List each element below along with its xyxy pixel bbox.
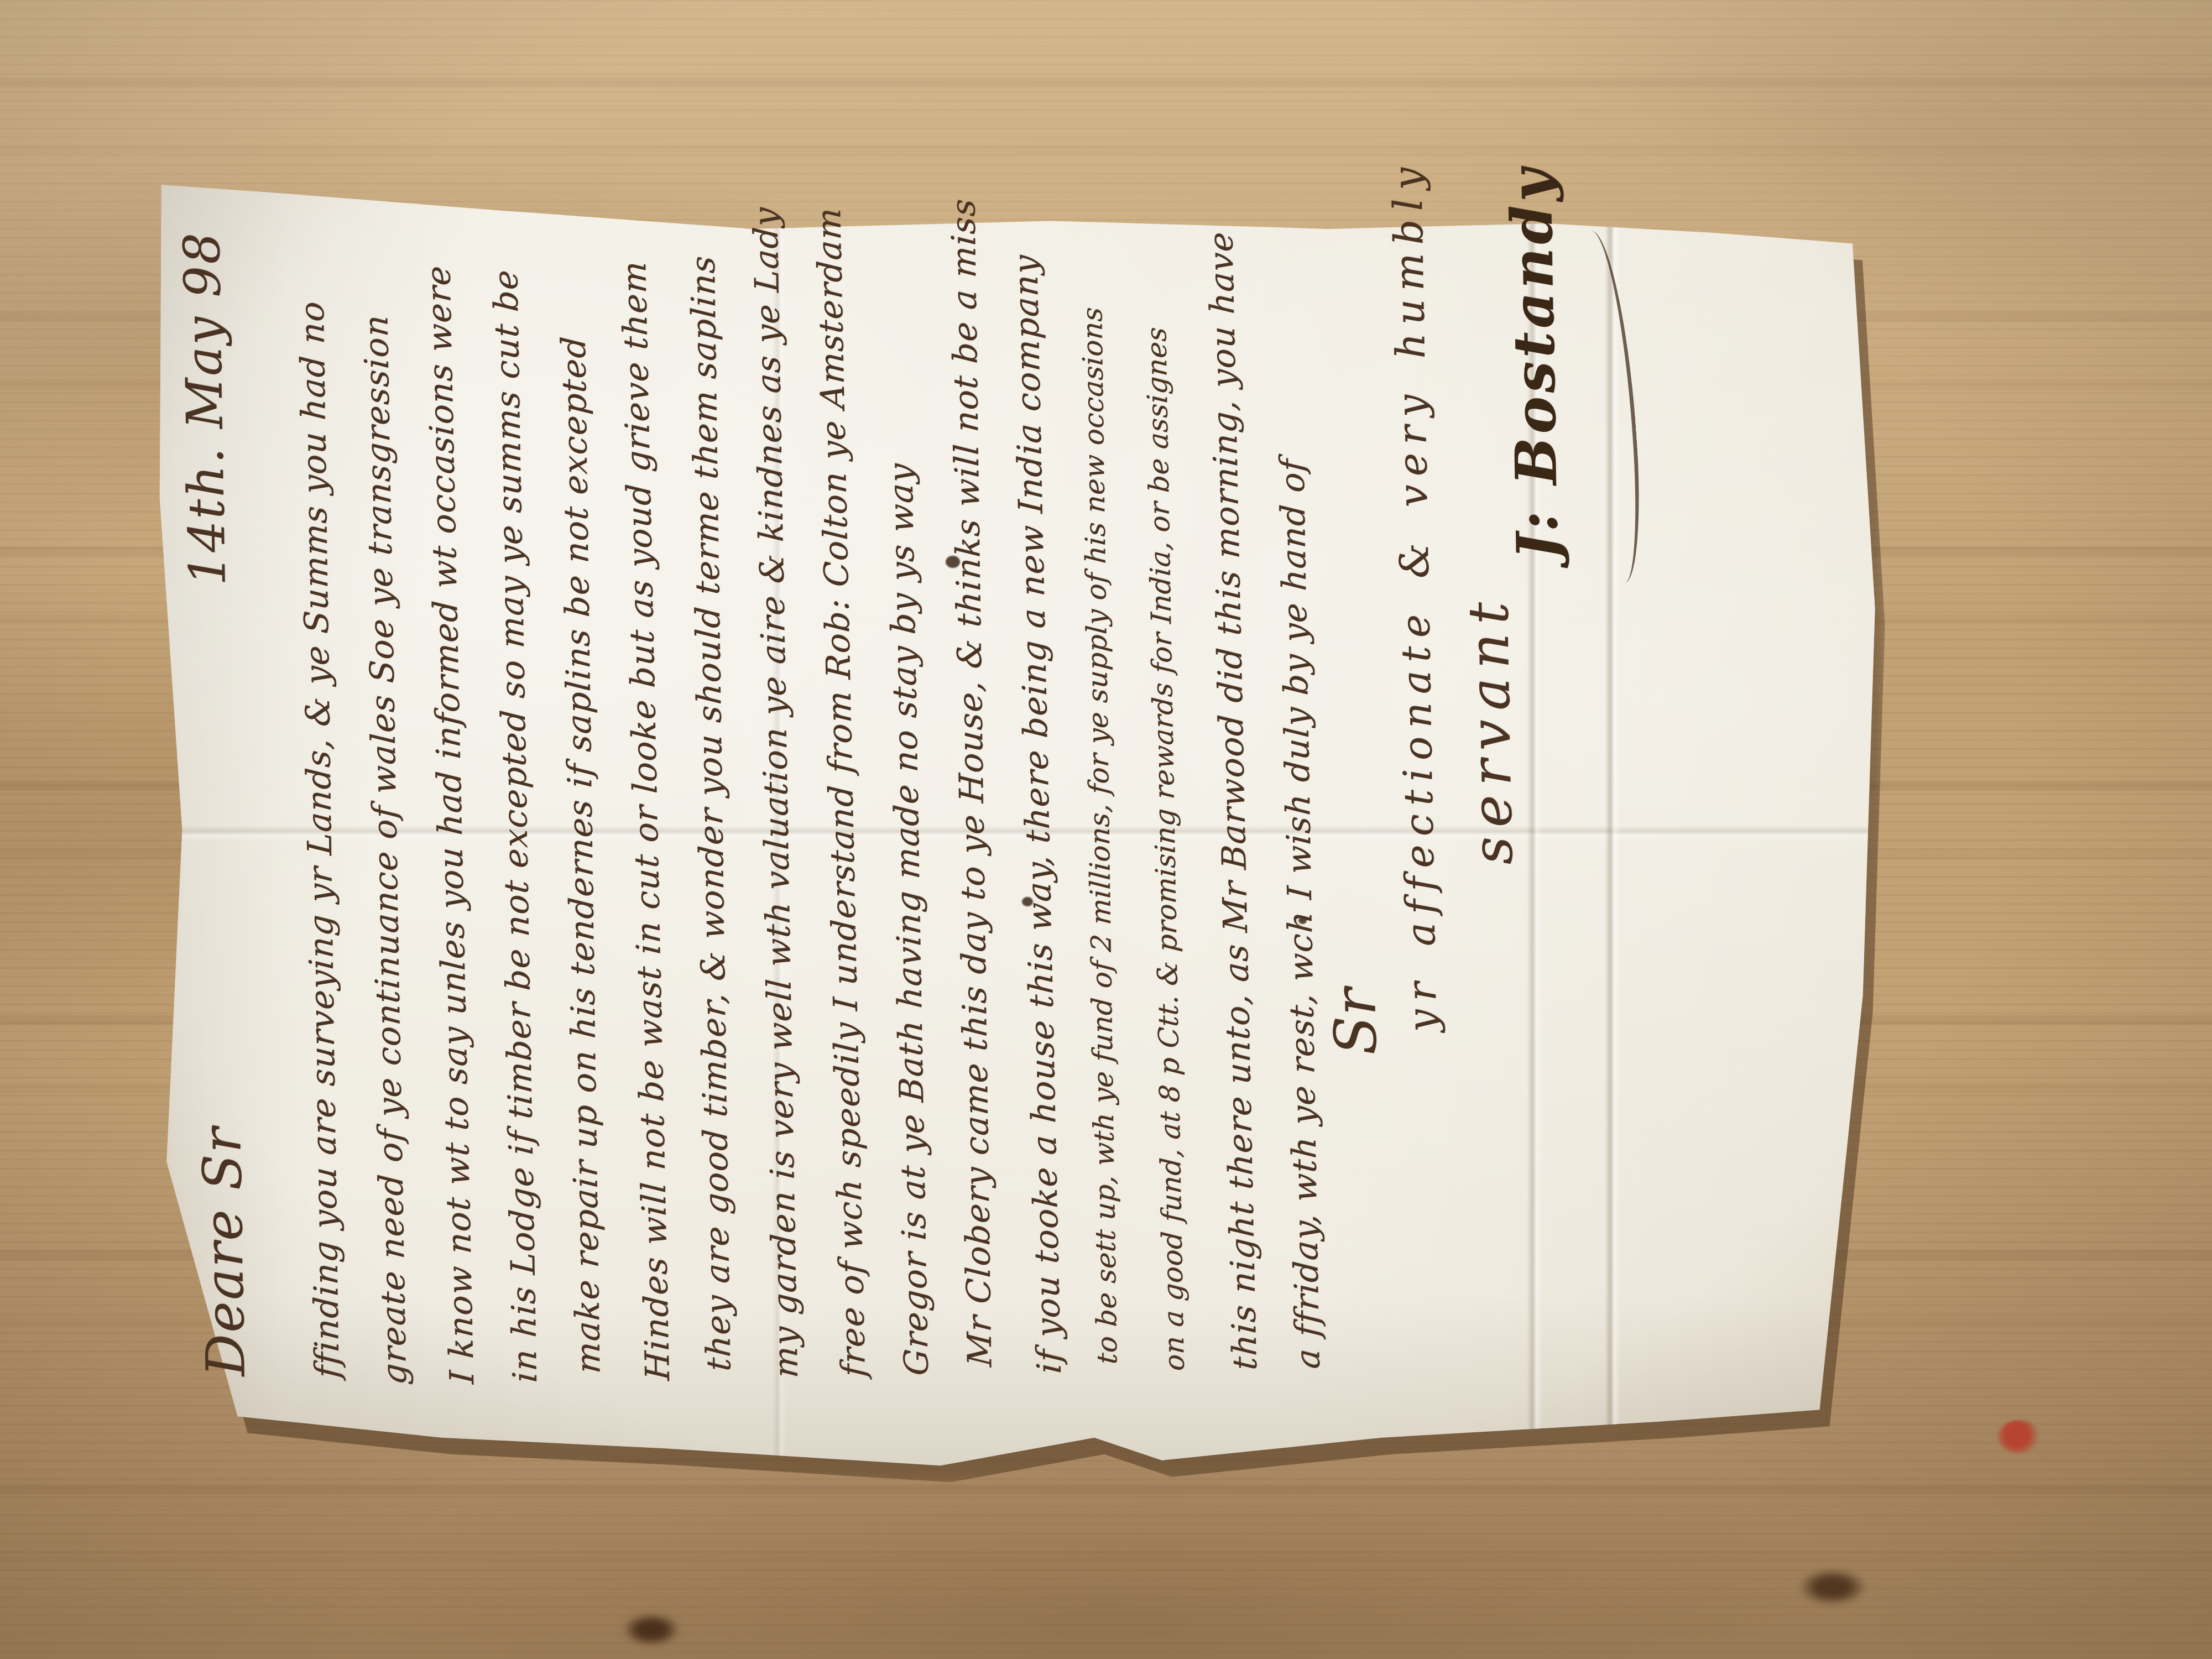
closing-servant: servant (1455, 593, 1525, 865)
closing-address: Sr (1321, 988, 1390, 1056)
wood-knot (1800, 1569, 1865, 1605)
letter-salutation: Deare Sr (191, 1126, 257, 1377)
handwritten-letter-rotated: 14th. May 98 Deare Sr ffinding you are s… (173, 212, 1687, 1416)
closing-line: yr affectionate & very humbly (1384, 159, 1446, 1032)
letter-body: ffinding you are surveying yr Lands, & y… (290, 198, 1354, 1387)
wax-drop-on-wood (1997, 1420, 2041, 1453)
wood-knot (624, 1614, 679, 1646)
letter-date: 14th. May 98 (173, 231, 237, 586)
signature: J: Bostandy (1498, 165, 1571, 560)
signature-flourish (1568, 228, 1646, 585)
